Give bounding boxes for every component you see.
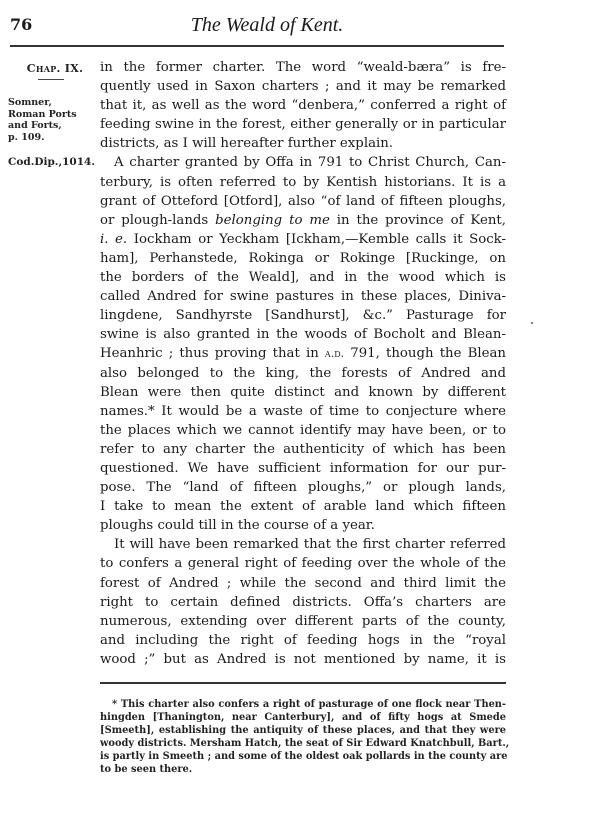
text-line: ham], Perhanstede, Rokinga or Rokinge [R… — [100, 249, 506, 268]
text-line: names.* It would be a waste of time to c… — [100, 402, 506, 421]
italic-text: belonging to me — [215, 213, 330, 228]
header-rule — [10, 45, 504, 47]
text-line: also belonged to the king, the forests o… — [100, 364, 506, 383]
footnote-line: woody districts. Mersham Hatch, the seat… — [100, 737, 506, 750]
text-line: the places which we cannot identify may … — [100, 421, 506, 440]
text-line: to confers a general right of feeding ov… — [100, 554, 506, 573]
text-line: the borders of the Weald], and in the wo… — [100, 268, 506, 287]
margin-reference-line: Somner, — [8, 97, 93, 109]
text-line: and including the right of feeding hogs … — [100, 631, 506, 650]
footnote-line: is partly in Smeeth ; and some of the ol… — [100, 750, 506, 763]
text-line: called Andred for swine pastures in thes… — [100, 287, 506, 306]
text-line: questioned. We have sufficient informati… — [100, 459, 506, 478]
running-title: The Weald of Kent. — [10, 14, 504, 36]
body-text: in the former charter. The word “weald-b… — [100, 58, 506, 669]
text-line: refer to any charter the authenticity of… — [100, 440, 506, 459]
text-line: lingdene, Sandhyrste [Sandhurst], &c.” P… — [100, 306, 506, 325]
footnote: * This charter also confers a right of p… — [100, 698, 506, 777]
chapter-label: Chap. IX. — [20, 63, 90, 75]
footnote-line: [Smeeth], establishing the antiquity of … — [100, 724, 506, 737]
text-line: wood ;” but as Andred is not mentioned b… — [100, 650, 506, 669]
text-line: I take to mean the extent of arable land… — [100, 497, 506, 516]
margin-reference-line: Roman Ports — [8, 109, 93, 121]
text-line: forest of Andred ; while the second and … — [100, 574, 506, 593]
margin-reference-line: p. 109. — [8, 132, 93, 144]
margin-reference-line: and Forts, — [8, 120, 93, 132]
footnote-line: hingden [Thanington, near Canterbury], a… — [100, 711, 506, 724]
chapter-rule — [38, 79, 64, 80]
text-line: numerous, extending over different parts… — [100, 612, 506, 631]
footnote-line: to be seen there. — [100, 763, 506, 776]
text-line: ploughs could till in the course of a ye… — [100, 516, 506, 535]
text-line: terbury, is often referred to by Kentish… — [100, 173, 506, 192]
text-line: A charter granted by Offa in 791 to Chri… — [100, 153, 506, 172]
text-line: feeding swine in the forest, either gene… — [100, 115, 506, 134]
page-header: 76 The Weald of Kent. — [10, 14, 504, 36]
print-speck — [531, 322, 533, 324]
small-caps-text: a.d. — [325, 347, 344, 360]
text-line: It will have been remarked that the firs… — [100, 535, 506, 554]
text-line: pose. The “land of fifteen ploughs,” or … — [100, 478, 506, 497]
text-line: i. e. Iockham or Yeckham [Ickham,—Kemble… — [100, 230, 506, 249]
text-line: quently used in Saxon charters ; and it … — [100, 77, 506, 96]
margin-reference-cod-dip: Cod.Dip.,1014. — [8, 157, 100, 169]
text-line: that it, as well as the word “denbera,” … — [100, 96, 506, 115]
text-line: grant of Otteford [Otford], also “of lan… — [100, 192, 506, 211]
footnote-line: * This charter also confers a right of p… — [100, 698, 506, 711]
text-line: swine is also granted in the woods of Bo… — [100, 325, 506, 344]
italic-text: i. e. — [100, 232, 127, 247]
text-line: right to certain defined districts. Offa… — [100, 593, 506, 612]
text-line: in the former charter. The word “weald-b… — [100, 58, 506, 77]
text-line: Blean were then quite distinct and known… — [100, 383, 506, 402]
footnote-rule — [100, 682, 506, 684]
margin-reference-somner: Somner, Roman Ports and Forts, p. 109. — [8, 97, 93, 143]
text-line: or plough-lands belonging to me in the p… — [100, 211, 506, 230]
text-line: districts, as I will hereafter further e… — [100, 134, 506, 153]
text-line: Heanhric ; thus proving that in a.d. 791… — [100, 344, 506, 363]
